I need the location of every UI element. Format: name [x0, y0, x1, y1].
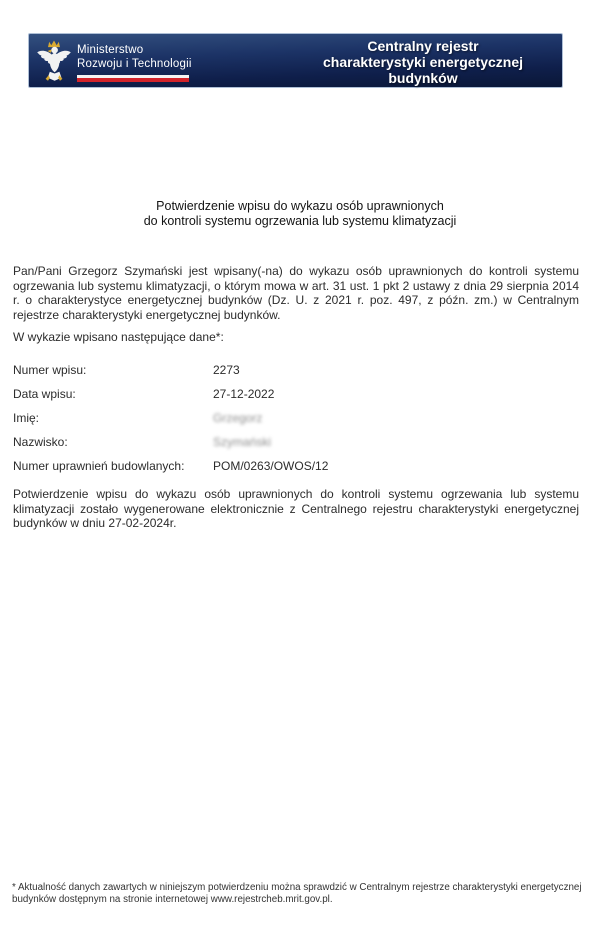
- document-title: Potwierdzenie wpisu do wykazu osób upraw…: [0, 199, 600, 229]
- ministry-name-line2: Rozwoju i Technologii: [77, 58, 192, 72]
- entry-data-list: Numer wpisu: 2273 Data wpisu: 27-12-2022…: [13, 363, 579, 483]
- field-row-entry-date: Data wpisu: 27-12-2022: [13, 387, 579, 411]
- field-label: Imię:: [13, 411, 213, 425]
- certificate-page: Ministerstwo Rozwoju i Technologii Centr…: [0, 0, 600, 949]
- registry-title-line3: budynków: [273, 70, 573, 86]
- field-value-redacted: Szymański: [213, 435, 579, 449]
- field-row-first-name: Imię: Grzegorz: [13, 411, 579, 435]
- ministry-name-line1: Ministerstwo: [77, 44, 192, 58]
- field-label: Numer wpisu:: [13, 363, 213, 377]
- field-row-license-number: Numer uprawnień budowlanych: POM/0263/OW…: [13, 459, 579, 483]
- header-banner: Ministerstwo Rozwoju i Technologii Centr…: [28, 33, 563, 88]
- ministry-wordmark: Ministerstwo Rozwoju i Technologii: [77, 44, 192, 71]
- field-row-last-name: Nazwisko: Szymański: [13, 435, 579, 459]
- field-value: 27-12-2022: [213, 387, 579, 401]
- field-label: Nazwisko:: [13, 435, 213, 449]
- data-intro-line: W wykazie wpisano następujące dane*:: [13, 330, 224, 344]
- footnote: * Aktualność danych zawartych w niniejsz…: [12, 882, 587, 905]
- closing-paragraph: Potwierdzenie wpisu do wykazu osób upraw…: [13, 487, 579, 531]
- document-title-line2: do kontroli systemu ogrzewania lub syste…: [0, 214, 600, 229]
- intro-paragraph: Pan/Pani Grzegorz Szymański jest wpisany…: [13, 264, 579, 322]
- flag-red-stripe: [77, 78, 189, 82]
- polish-eagle-icon: [36, 38, 72, 85]
- field-value: 2273: [213, 363, 579, 377]
- polish-flag-stripe: [77, 75, 189, 82]
- registry-banner-title: Centralny rejestr charakterystyki energe…: [273, 38, 573, 86]
- field-label: Numer uprawnień budowlanych:: [13, 459, 213, 473]
- field-value-redacted: Grzegorz: [213, 411, 579, 425]
- field-label: Data wpisu:: [13, 387, 213, 401]
- registry-title-line2: charakterystyki energetycznej: [273, 54, 573, 70]
- field-value: POM/0263/OWOS/12: [213, 459, 579, 473]
- document-title-line1: Potwierdzenie wpisu do wykazu osób upraw…: [0, 199, 600, 214]
- field-row-entry-number: Numer wpisu: 2273: [13, 363, 579, 387]
- registry-title-line1: Centralny rejestr: [273, 38, 573, 54]
